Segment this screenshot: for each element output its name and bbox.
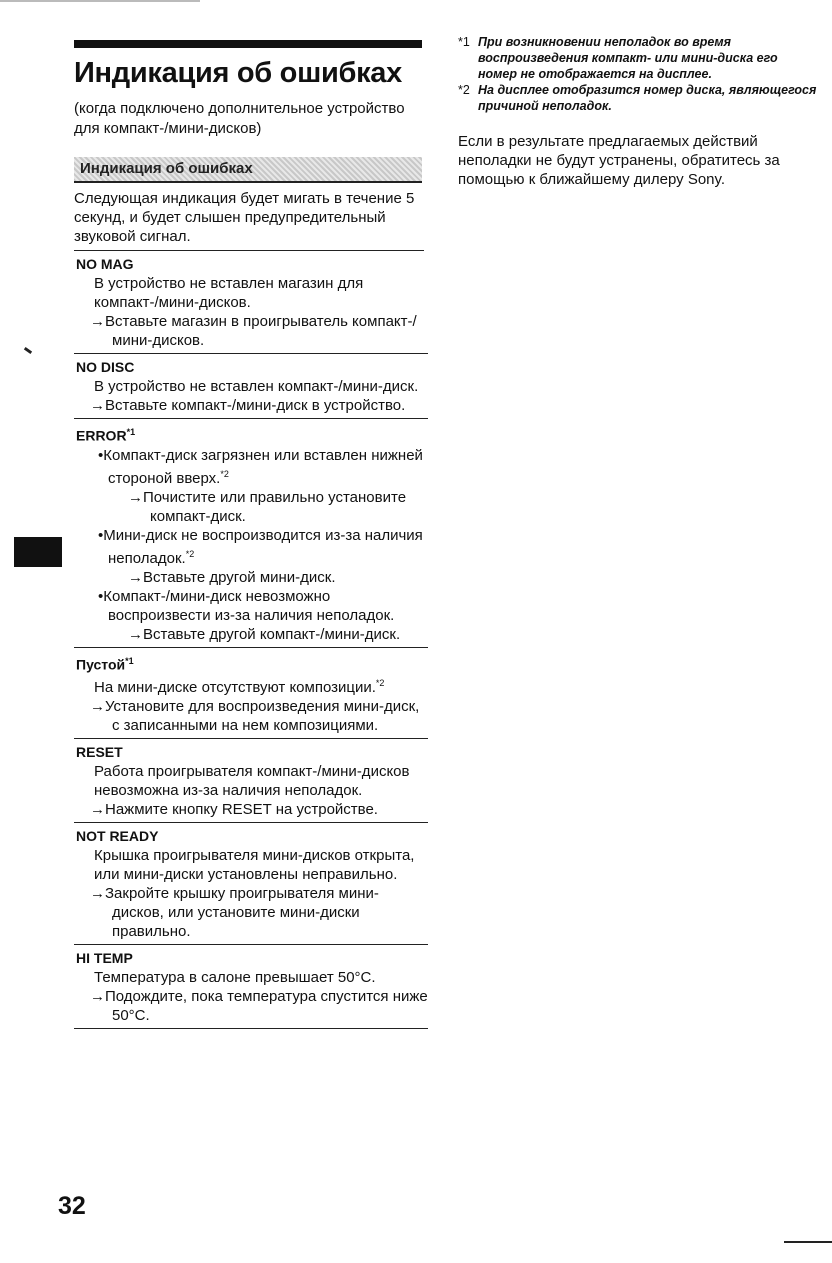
error-cause: •Мини-диск не воспроизводится из-за нали… [100, 526, 428, 568]
arrow-icon: → [90, 885, 105, 902]
error-description: Работа проигрывателя компакт-/мини-диско… [76, 762, 428, 800]
scan-edge-artifact [784, 1241, 832, 1243]
notes-column: *1 При возникновении неполадок во время … [458, 34, 818, 189]
error-description: В устройство не вставлен магазин для ком… [76, 274, 428, 312]
error-code: HI TEMP [76, 949, 428, 968]
error-remedy: →Установите для воспроизведения мини-дис… [94, 697, 428, 735]
error-cause: •Компакт-/мини-диск невозможно воспроизв… [100, 587, 428, 625]
page-subtitle: (когда подключено дополнительное устройс… [74, 99, 428, 139]
footnote-mark: *1 [458, 34, 478, 82]
intro-text: Следующая индикация будет мигать в течен… [74, 189, 424, 251]
error-code: NO DISC [76, 358, 428, 377]
error-remedy: →Подождите, пока температура спустится н… [94, 987, 428, 1025]
footnote-text: На дисплее отобразится номер диска, явля… [478, 82, 818, 114]
error-description: Температура в салоне превышает 50°C. [76, 968, 428, 987]
arrow-icon: → [128, 569, 143, 586]
arrow-icon: → [90, 988, 105, 1005]
scan-mark [24, 347, 32, 354]
error-no-mag: NO MAG В устройство не вставлен магазин … [74, 251, 428, 354]
error-code: ERROR*1 [76, 423, 428, 446]
page-title: Индикация об ошибках [74, 56, 428, 90]
arrow-icon: → [90, 698, 105, 715]
error-remedy: →Нажмите кнопку RESET на устройстве. [94, 800, 428, 819]
scan-edge-artifact [0, 0, 200, 2]
footnote-text: При возникновении неполадок во время вос… [478, 34, 818, 82]
section-tab-marker [14, 537, 62, 567]
error-hi-temp: HI TEMP Температура в салоне превышает 5… [74, 945, 428, 1029]
footnote-1: *1 При возникновении неполадок во время … [458, 34, 818, 82]
main-column: Индикация об ошибках (когда подключено д… [74, 40, 428, 1029]
footnote-2: *2 На дисплее отобразится номер диска, я… [458, 82, 818, 114]
error-remedy: →Вставьте компакт-/мини-диск в устройств… [94, 396, 428, 415]
error-description: Крышка проигрывателя мини-дисков открыта… [76, 846, 428, 884]
arrow-icon: → [128, 489, 143, 506]
error-code: Пустой*1 [76, 652, 428, 675]
error-code: NO MAG [76, 255, 428, 274]
title-rule [74, 40, 422, 48]
error-error: ERROR*1 •Компакт-диск загрязнен или вста… [74, 419, 428, 648]
error-remedy: →Вставьте другой компакт-/мини-диск. [128, 625, 428, 644]
error-reset: RESET Работа проигрывателя компакт-/мини… [74, 739, 428, 823]
dealer-advice: Если в результате предлагаемых действий … [458, 132, 818, 189]
arrow-icon: → [90, 801, 105, 818]
error-no-disc: NO DISC В устройство не вставлен компакт… [74, 354, 428, 419]
error-description: На мини-диске отсутствуют композиции.*2 [76, 674, 428, 697]
error-remedy: →Почистите или правильно установите комп… [128, 488, 428, 526]
error-remedy: →Закройте крышку проигрывателя мини-диск… [94, 884, 428, 941]
error-code: NOT READY [76, 827, 428, 846]
footnote-mark: *2 [458, 82, 478, 114]
arrow-icon: → [90, 313, 105, 330]
section-banner-label: Индикация об ошибках [80, 160, 253, 177]
section-banner: Индикация об ошибках [74, 157, 422, 183]
error-cause: •Компакт-диск загрязнен или вставлен ниж… [100, 446, 428, 488]
error-code: RESET [76, 743, 428, 762]
error-remedy: →Вставьте другой мини-диск. [128, 568, 428, 587]
arrow-icon: → [90, 397, 105, 414]
error-remedy: →Вставьте магазин в проигрыватель компак… [94, 312, 428, 350]
page-number: 32 [58, 1192, 86, 1221]
error-blank: Пустой*1 На мини-диске отсутствуют компо… [74, 648, 428, 740]
arrow-icon: → [128, 626, 143, 643]
error-not-ready: NOT READY Крышка проигрывателя мини-диск… [74, 823, 428, 945]
error-description: В устройство не вставлен компакт-/мини-д… [76, 377, 428, 396]
